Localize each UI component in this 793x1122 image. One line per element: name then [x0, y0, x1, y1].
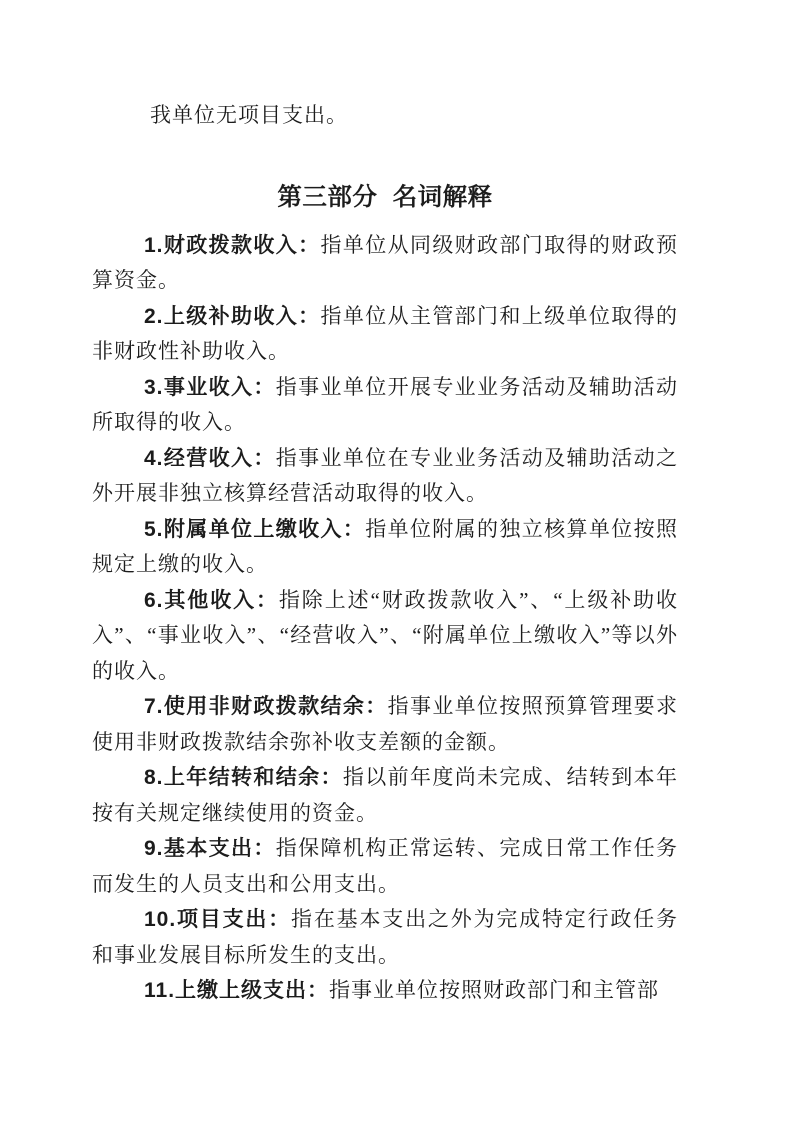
term-paragraph-8: 8.上年结转和结余：指以前年度尚未完成、结转到本年按有关规定继续使用的资金。	[92, 760, 678, 831]
term-paragraph-6: 6.其他收入：指除上述“财政拨款收入”、“上级补助收入”、“事业收入”、“经营收…	[92, 583, 678, 690]
term-paragraph-7: 7.使用非财政拨款结余：指事业单位按照预算管理要求使用非财政拨款结余弥补收支差额…	[92, 689, 678, 760]
term-lead: 10.项目支出：	[144, 908, 291, 931]
term-paragraph-11: 11.上缴上级支出：指事业单位按照财政部门和主管部	[92, 973, 678, 1009]
term-lead: 11.上缴上级支出：	[144, 979, 329, 1002]
intro-text: 我单位无项目支出。	[150, 103, 348, 127]
intro-paragraph: 我单位无项目支出。	[92, 98, 678, 134]
term-lead: 4.经营收入：	[144, 447, 276, 470]
document-page: 我单位无项目支出。 第三部分 名词解释 1.财政拨款收入：指单位从同级财政部门取…	[0, 0, 793, 1122]
term-lead: 3.事业收入：	[144, 376, 276, 399]
term-paragraph-9: 9.基本支出：指保障机构正常运转、完成日常工作任务而发生的人员支出和公用支出。	[92, 831, 678, 902]
term-paragraph-2: 2.上级补助收入：指单位从主管部门和上级单位取得的非财政性补助收入。	[92, 299, 678, 370]
term-lead: 9.基本支出：	[144, 837, 276, 860]
term-lead: 2.上级补助收入：	[144, 305, 320, 328]
term-paragraph-5: 5.附属单位上缴收入：指单位附属的独立核算单位按照规定上缴的收入。	[92, 512, 678, 583]
section-title: 第三部分 名词解释	[92, 180, 678, 216]
term-paragraph-3: 3.事业收入：指事业单位开展专业业务活动及辅助活动所取得的收入。	[92, 370, 678, 441]
term-paragraph-10: 10.项目支出：指在基本支出之外为完成特定行政任务和事业发展目标所发生的支出。	[92, 902, 678, 973]
term-paragraph-4: 4.经营收入：指事业单位在专业业务活动及辅助活动之外开展非独立核算经营活动取得的…	[92, 441, 678, 512]
term-body: 指事业单位按照财政部门和主管部	[329, 978, 659, 1002]
term-lead: 5.附属单位上缴收入：	[144, 518, 365, 541]
term-paragraph-1: 1.财政拨款收入：指单位从同级财政部门取得的财政预算资金。	[92, 228, 678, 299]
term-lead: 8.上年结转和结余：	[144, 766, 343, 789]
page-content: 我单位无项目支出。 第三部分 名词解释 1.财政拨款收入：指单位从同级财政部门取…	[92, 0, 678, 1009]
term-lead: 1.财政拨款收入：	[144, 234, 320, 257]
term-lead: 6.其他收入：	[144, 589, 279, 612]
term-lead: 7.使用非财政拨款结余：	[144, 695, 388, 718]
